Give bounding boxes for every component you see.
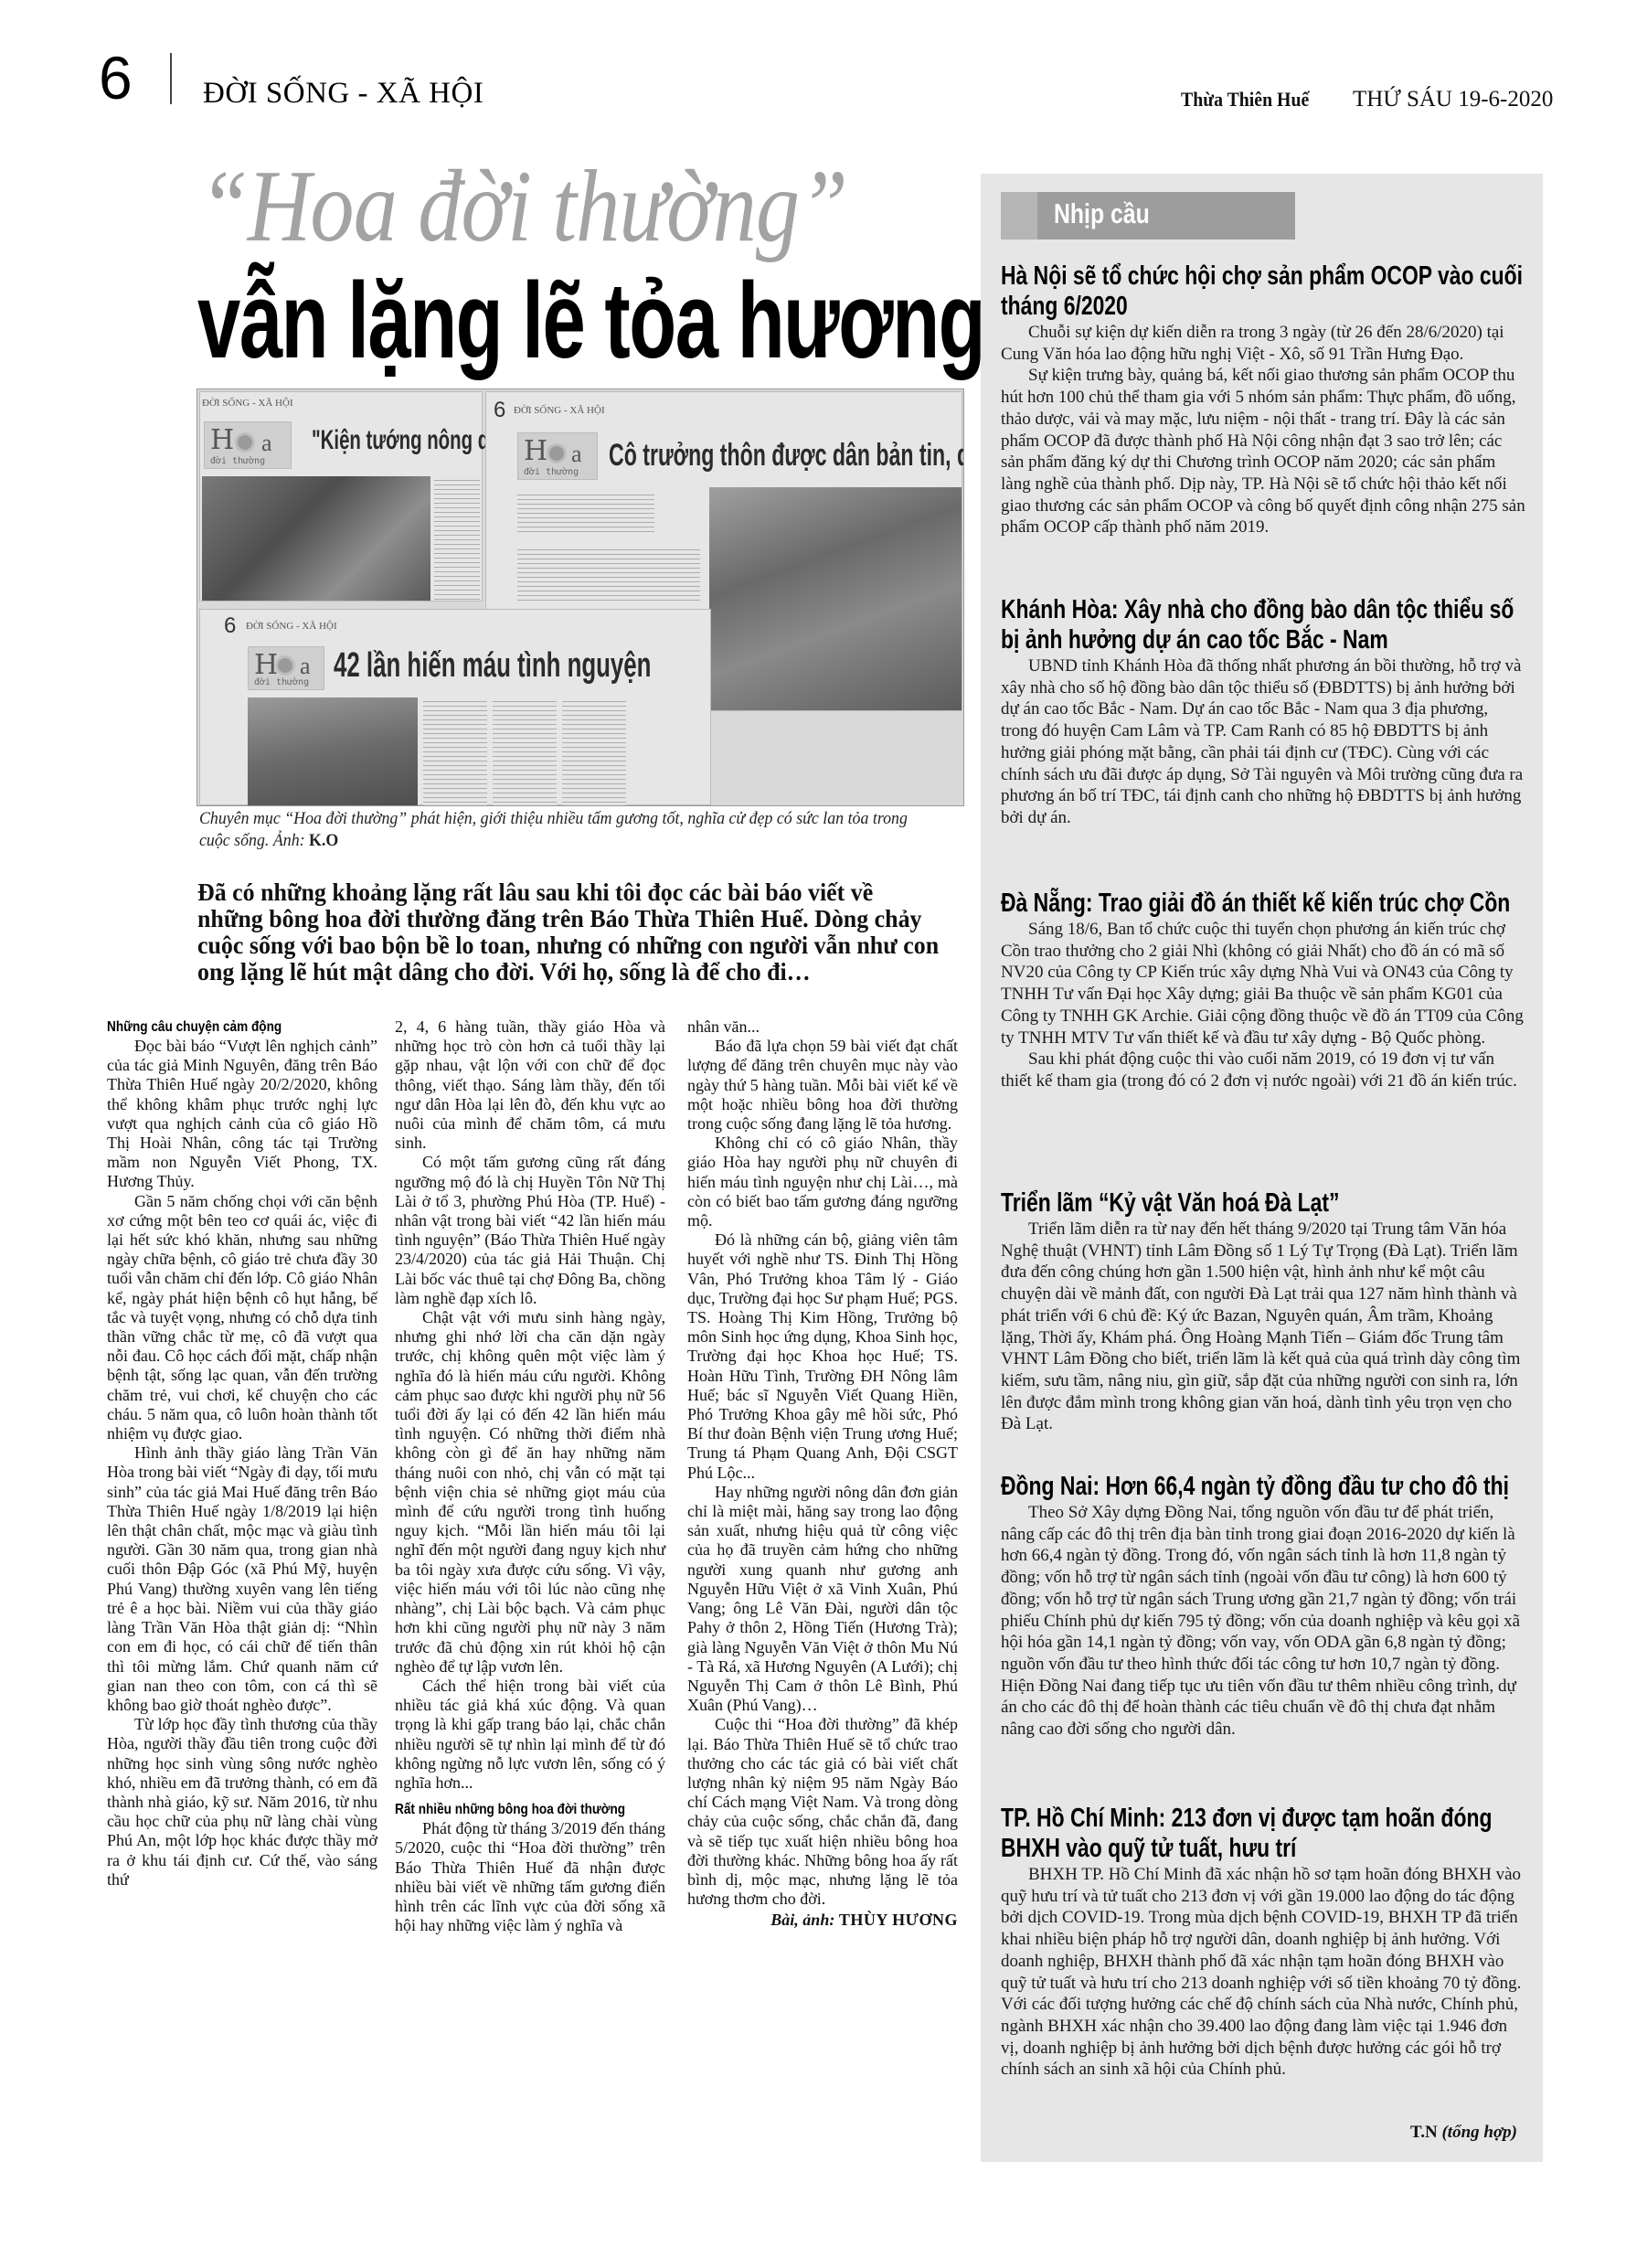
news-title: TP. Hồ Chí Minh: 213 đơn vị được tạm hoã… <box>1001 1804 1528 1864</box>
page-number: 6 <box>99 48 133 108</box>
clip-photo-woman-certificate <box>248 697 418 805</box>
body-paragraph: Không chỉ có cô giáo Nhân, thầy giáo Hòa… <box>687 1134 958 1230</box>
news-item-da-lat: Triển lãm “Kỷ vật Văn hoá Đà Lạt” Triển … <box>1001 1188 1526 1435</box>
clip-section: ĐỜI SỐNG - XÃ HỘI <box>514 405 605 416</box>
clip-title: Cô trưởng thôn được dân bản tin, quý <box>609 438 964 474</box>
article-lede: Đã có những khoảng lặng rất lâu sau khi … <box>197 879 943 985</box>
body-column-3: nhân văn... Báo đã lựa chọn 59 bài viết … <box>687 1017 958 1931</box>
news-paragraph: Triển lãm diễn ra từ nay đến hết tháng 9… <box>1001 1219 1526 1435</box>
newspaper-name: Thừa Thiên Huế <box>1181 88 1309 112</box>
author-name: THÙY HƯƠNG <box>839 1911 958 1929</box>
news-title: Triển lãm “Kỷ vật Văn hoá Đà Lạt” <box>1001 1188 1528 1219</box>
news-paragraph: Sáng 18/6, Ban tổ chức cuộc thi tuyển ch… <box>1001 919 1526 1049</box>
body-paragraph: Cách thể hiện trong bài viết của nhiều t… <box>395 1677 665 1793</box>
news-title: Khánh Hòa: Xây nhà cho đồng bào dân tộc … <box>1001 595 1528 655</box>
flower-icon <box>238 435 252 450</box>
news-item-khanh-hoa: Khánh Hòa: Xây nhà cho đồng bào dân tộc … <box>1001 595 1526 829</box>
subheading: Rất nhiều những bông hoa đời thường <box>395 1800 625 1819</box>
header-divider <box>170 53 172 104</box>
subheading: Những câu chuyện cảm động <box>107 1017 337 1037</box>
section-title: ĐỜI SỐNG - XÃ HỘI <box>203 77 483 111</box>
rubric-title: Nhịp cầu <box>1054 197 1150 230</box>
body-paragraph: Hình ảnh thầy giáo làng Trần Văn Hòa tro… <box>107 1443 377 1715</box>
body-column-1: Những câu chuyện cảm động Đọc bài báo “V… <box>107 1017 377 1890</box>
body-paragraph: Gần 5 năm chống chọi với căn bệnh xơ cứn… <box>107 1192 377 1444</box>
article-photo: ĐỜI SỐNG - XÃ HỘI H a đời thường "Kiện t… <box>197 389 964 806</box>
body-paragraph: Phát động từ tháng 3/2019 đến tháng 5/20… <box>395 1819 665 1935</box>
news-paragraph: Chuỗi sự kiện dự kiến diễn ra trong 3 ng… <box>1001 322 1526 365</box>
news-paragraph: Sau khi phát động cuộc thi vào cuối năm … <box>1001 1049 1526 1091</box>
news-title: Đà Nẵng: Trao giải đồ án thiết kế kiến t… <box>1001 889 1528 919</box>
body-paragraph: Đọc bài báo “Vượt lên nghịch cảnh” của t… <box>107 1037 377 1192</box>
body-paragraph: Có một tấm gương cũng rất đáng ngưỡng mộ… <box>395 1153 665 1308</box>
hoa-doi-thuong-logo: H a đời thường <box>204 421 292 469</box>
body-paragraph: 2, 4, 6 hàng tuần, thầy giáo Hòa và nhữn… <box>395 1017 665 1153</box>
issue-date: THỨ SÁU 19-6-2020 <box>1353 87 1553 112</box>
clip-section: ĐỜI SỐNG - XÃ HỘI <box>202 398 293 409</box>
clip-title: 42 lần hiến máu tình nguyện <box>334 646 651 686</box>
body-paragraph: Đó là những cán bộ, giảng viên tâm huyết… <box>687 1230 958 1483</box>
news-paragraph: UBND tỉnh Khánh Hòa đã thống nhất phương… <box>1001 655 1526 829</box>
byline: Bài, ảnh: THÙY HƯƠNG <box>687 1911 958 1930</box>
news-paragraph: Sự kiện trưng bày, quảng bá, kết nối gia… <box>1001 365 1526 538</box>
body-paragraph: nhân văn... <box>687 1017 958 1037</box>
photo-credit: K.O <box>309 831 338 850</box>
photo-caption: Chuyên mục “Hoa đời thường” phát hiện, g… <box>199 808 925 852</box>
clip-photo-women <box>709 487 962 710</box>
body-paragraph: Chật vật với mưu sinh hàng ngày, nhưng g… <box>395 1308 665 1677</box>
body-paragraph: Từ lớp học đầy tình thương của thầy Hòa,… <box>107 1715 377 1890</box>
news-paragraph: BHXH TP. Hồ Chí Minh đã xác nhận hồ sơ t… <box>1001 1864 1526 2081</box>
hoa-doi-thuong-logo: H a đời thường <box>248 646 324 690</box>
body-paragraph: Báo đã lựa chọn 59 bài viết đạt chất lượ… <box>687 1037 958 1134</box>
news-title: Đồng Nai: Hơn 66,4 ngàn tỷ đồng đầu tư c… <box>1001 1472 1528 1502</box>
clip-photo-orchard <box>202 476 430 601</box>
photo-clip-1: ĐỜI SỐNG - XÃ HỘI H a đời thường "Kiện t… <box>199 391 483 602</box>
news-item-da-nang: Đà Nẵng: Trao giải đồ án thiết kế kiến t… <box>1001 889 1526 1092</box>
body-column-2: 2, 4, 6 hàng tuần, thầy giáo Hòa và nhữn… <box>395 1017 665 1935</box>
body-paragraph: Hay những người nông dân đơn giản chỉ là… <box>687 1483 958 1715</box>
flower-icon <box>278 658 292 673</box>
flower-icon <box>549 446 564 461</box>
headline: vẫn lặng lẽ tỏa hương <box>197 267 984 375</box>
hoa-doi-thuong-logo: H a đời thường <box>517 432 598 480</box>
sidebar-signature: T.N (tổng hợp) <box>1410 2123 1517 2143</box>
body-paragraph: Cuộc thi “Hoa đời thường” đã khép lại. B… <box>687 1715 958 1909</box>
clip-section: ĐỜI SỐNG - XÃ HỘI <box>246 621 337 632</box>
news-item-hanoi: Hà Nội sẽ tổ chức hội chợ sản phẩm OCOP … <box>1001 261 1526 538</box>
photo-clip-3: 6 ĐỜI SỐNG - XÃ HỘI H a đời thường 42 lầ… <box>199 609 711 805</box>
sidebar-nhip-cau: Nhịp cầu Hà Nội sẽ tổ chức hội chợ sản p… <box>981 174 1543 2162</box>
headline-kicker: “Hoa đời thường” <box>199 155 859 258</box>
news-paragraph: Theo Sở Xây dựng Đồng Nai, tổng nguồn vố… <box>1001 1502 1526 1741</box>
rubric-label-box: Nhịp cầu <box>1001 192 1295 240</box>
news-item-ho-chi-minh: TP. Hồ Chí Minh: 213 đơn vị được tạm hoã… <box>1001 1804 1526 2081</box>
news-item-dong-nai: Đồng Nai: Hơn 66,4 ngàn tỷ đồng đầu tư c… <box>1001 1472 1526 1741</box>
news-title: Hà Nội sẽ tổ chức hội chợ sản phẩm OCOP … <box>1001 261 1528 322</box>
